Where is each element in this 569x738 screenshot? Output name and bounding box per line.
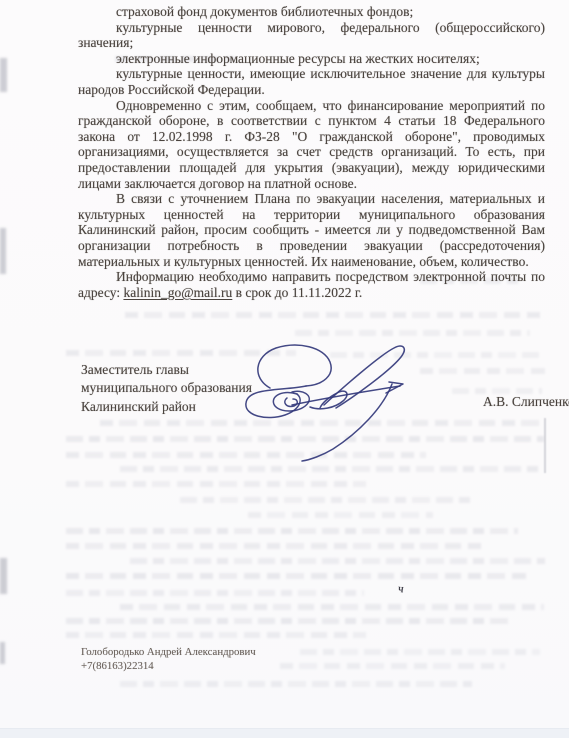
bleedthrough-line (248, 512, 433, 518)
bleedthrough-vertical-line (544, 418, 546, 473)
bleedthrough-line (66, 573, 526, 579)
bleedthrough-line (295, 330, 530, 336)
body-paragraph-evacuation-request: В связи с уточнением Плана по эвакуации … (78, 191, 545, 269)
bleedthrough-line (120, 681, 472, 687)
list-item-paragraph: культурные ценности, имеющие исключитель… (78, 66, 545, 97)
bleedthrough-line (120, 604, 544, 610)
scan-bottom-edge (0, 728, 569, 738)
scan-edge-mark (0, 228, 6, 274)
scan-edge-mark (0, 558, 7, 594)
signer-position-title: Заместитель главы муниципального образов… (81, 361, 252, 416)
bleedthrough-line (66, 590, 364, 596)
bleedthrough-line (66, 481, 366, 487)
bleedthrough-line (120, 466, 544, 472)
letter-body-text: страховой фонд документов библиотечных ф… (78, 4, 545, 300)
bleedthrough-line (130, 558, 545, 564)
email-paragraph: Информацию необходимо направить посредст… (78, 269, 545, 300)
bleedthrough-line (66, 543, 486, 549)
scanned-letter-page: страховой фонд документов библиотечных ф… (0, 0, 569, 738)
signer-title-line-2: муниципального образования (81, 379, 252, 397)
email-line-after: в срок до 11.11.2022 г. (232, 285, 362, 300)
bleedthrough-line (125, 312, 540, 318)
bleedthrough-line (180, 497, 470, 503)
signer-title-line-3: Калининский район (81, 398, 252, 416)
signer-title-line-1: Заместитель главы (81, 361, 252, 379)
bleedthrough-line (280, 663, 505, 669)
list-item-paragraph: электронные информационные ресурсы на же… (78, 51, 545, 67)
bleedthrough-line (66, 618, 512, 624)
executor-contact-block: Голобородько Андрей Александрович +7(861… (81, 646, 256, 673)
signer-name: А.В. Слипченко (483, 394, 569, 410)
scan-edge-mark (0, 642, 5, 664)
handwritten-mark: ч (397, 583, 404, 596)
bleedthrough-line (300, 649, 540, 655)
bleedthrough-line (66, 632, 366, 638)
list-item-paragraph: культурные ценности мирового, федерально… (78, 20, 545, 51)
bleedthrough-line (420, 368, 545, 374)
executor-name: Голобородько Андрей Александрович (81, 646, 256, 660)
list-item-paragraph: страховой фонд документов библиотечных ф… (78, 4, 545, 20)
handwritten-signature (240, 340, 415, 465)
email-address: kalinin_go@mail.ru (123, 285, 232, 300)
bleedthrough-line (66, 528, 518, 534)
body-paragraph-financing: Одновременно с этим, сообщаем, что финан… (78, 98, 545, 192)
executor-phone: +7(86163)22314 (81, 660, 256, 674)
scan-edge-mark (0, 58, 7, 92)
